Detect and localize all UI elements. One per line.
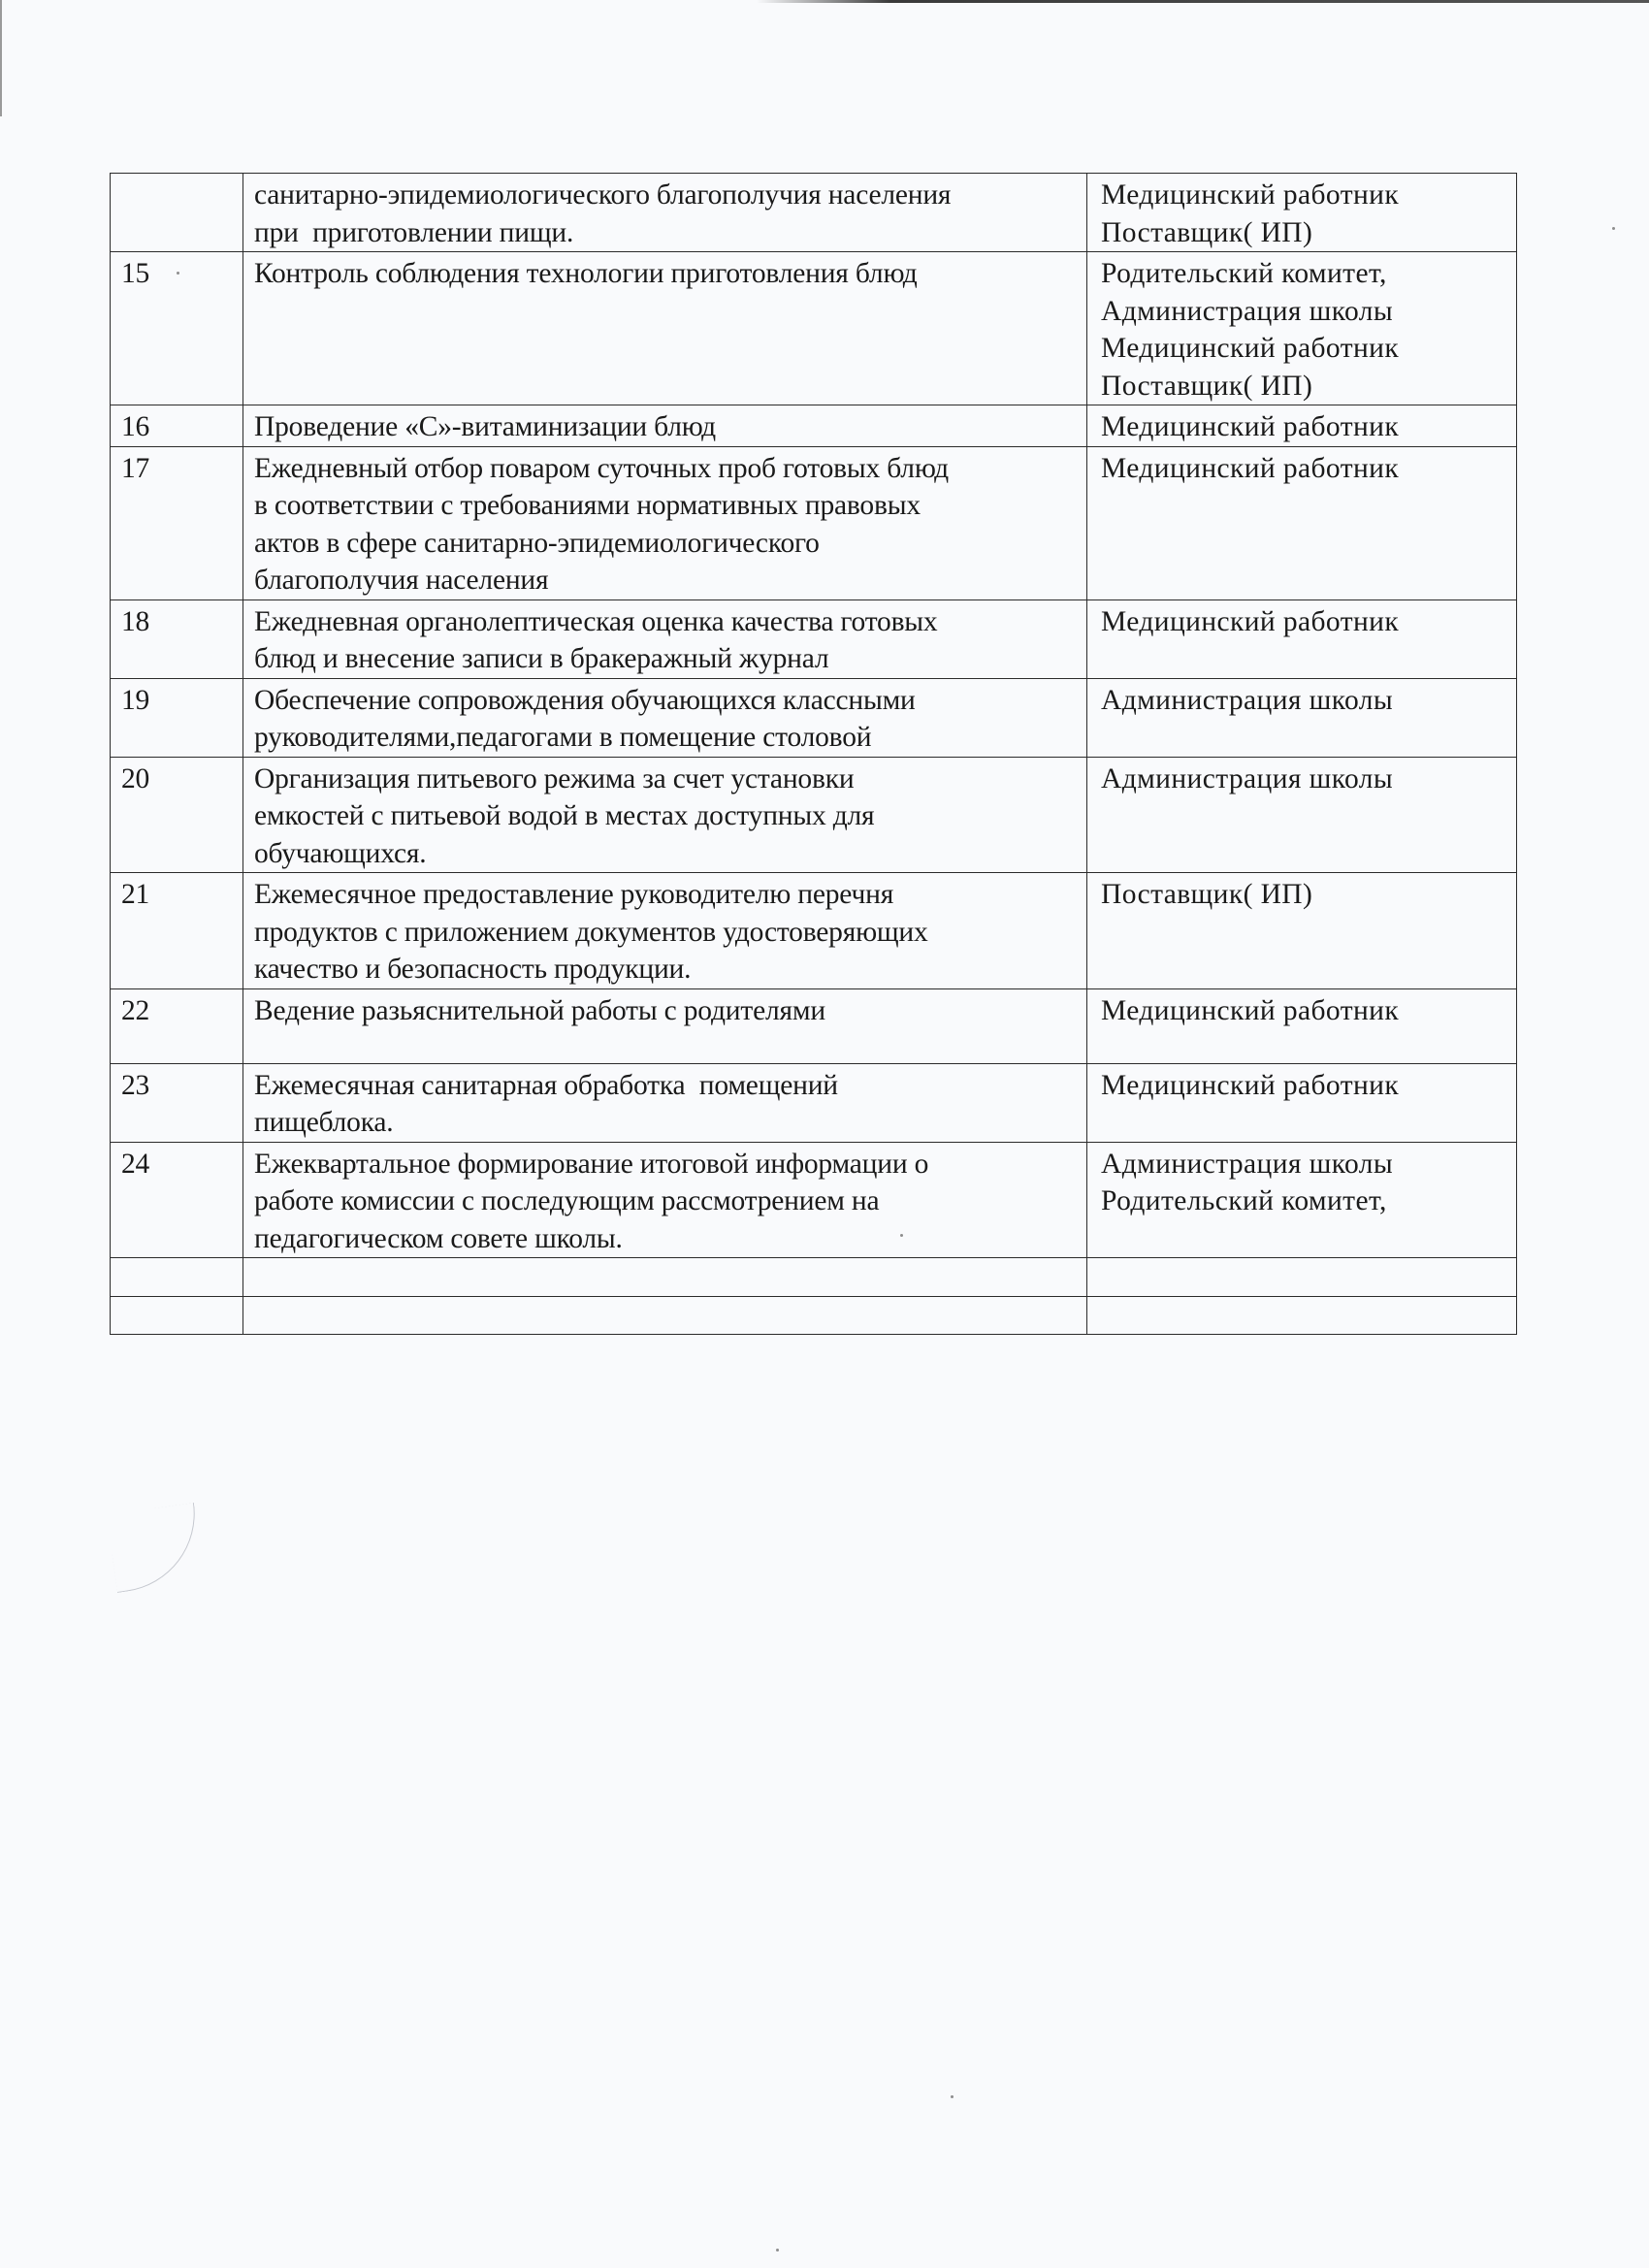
activity-cell: Ежемесячная санитарная обработка помещен… — [243, 1063, 1087, 1142]
responsible-cell — [1087, 1297, 1517, 1335]
scan-speck — [951, 2095, 954, 2098]
table-row: 24 Ежеквартальное формирование итоговой … — [111, 1142, 1517, 1258]
table-row: 15 Контроль соблюдения технологии пригот… — [111, 252, 1517, 405]
responsible-party: Родительский комитет, — [1101, 255, 1516, 293]
activity-cell: Ведение разьяснительной работы с родител… — [243, 988, 1087, 1063]
activity-cell: Проведение «С»-витаминизации блюд — [243, 405, 1087, 447]
table-row: 16 Проведение «С»-витаминизации блюд Мед… — [111, 405, 1517, 447]
table-row: 18 Ежедневная органолептическая оценка к… — [111, 599, 1517, 678]
table-row-empty — [111, 1297, 1517, 1335]
responsible-party: Медицинский работник — [1101, 177, 1516, 214]
activity-cell: Ежеквартальное формирование итоговой инф… — [243, 1142, 1087, 1258]
responsible-cell — [1087, 1258, 1517, 1297]
activity-text: Ежеквартальное формирование итоговой инф… — [254, 1149, 928, 1254]
activity-text: Ведение разьяснительной работы с родител… — [254, 995, 825, 1026]
responsible-cell: Медицинский работник — [1087, 988, 1517, 1063]
activity-cell: Контроль соблюдения технологии приготовл… — [243, 252, 1087, 405]
row-number: 17 — [111, 446, 243, 599]
responsible-party: Медицинский работник — [1101, 992, 1516, 1030]
row-number: 18 — [111, 599, 243, 678]
responsible-party: Медицинский работник — [1101, 408, 1516, 446]
row-number: 24 — [111, 1142, 243, 1258]
activity-text: Организация питьевого режима за счет уст… — [254, 763, 874, 869]
responsible-cell: Администрация школы Родительский комитет… — [1087, 1142, 1517, 1258]
table-row: 19 Обеспечение сопровождения обучающихся… — [111, 678, 1517, 757]
responsible-party: Администрация школы — [1101, 761, 1516, 798]
responsible-party: Поставщик( ИП) — [1101, 214, 1516, 252]
row-number: 20 — [111, 757, 243, 873]
activity-text: Обеспечение сопровождения обучающихся кл… — [254, 685, 916, 754]
activity-text: Ежедневный отбор поваром суточных проб г… — [254, 453, 949, 597]
activity-cell — [243, 1258, 1087, 1297]
table-body: санитарно-эпидемиологического благополуч… — [111, 174, 1517, 1335]
row-number — [111, 174, 243, 252]
scan-speck — [177, 272, 179, 275]
activity-cell: Организация питьевого режима за счет уст… — [243, 757, 1087, 873]
table-row-empty — [111, 1258, 1517, 1297]
responsible-party: Медицинский работник — [1101, 450, 1516, 488]
table-row: 17 Ежедневный отбор поваром суточных про… — [111, 446, 1517, 599]
row-number — [111, 1297, 243, 1335]
activity-text: Контроль соблюдения технологии приготовл… — [254, 258, 918, 289]
scan-speck — [900, 1234, 903, 1237]
responsible-party: Поставщик( ИП) — [1101, 368, 1516, 405]
responsible-cell: Администрация школы — [1087, 757, 1517, 873]
responsible-party: Администрация школы — [1101, 293, 1516, 331]
responsible-cell: Медицинский работник — [1087, 599, 1517, 678]
table-row: 22 Ведение разьяснительной работы с роди… — [111, 988, 1517, 1063]
activity-text: Ежедневная органолептическая оценка каче… — [254, 606, 937, 675]
table-row: 21 Ежемесячное предоставление руководите… — [111, 873, 1517, 989]
row-number: 19 — [111, 678, 243, 757]
responsible-cell: Поставщик( ИП) — [1087, 873, 1517, 989]
responsible-cell: Медицинский работник — [1087, 1063, 1517, 1142]
scan-artifact-arc — [107, 1503, 205, 1593]
activity-text: Проведение «С»-витаминизации блюд — [254, 411, 716, 442]
row-number — [111, 1258, 243, 1297]
table-row: санитарно-эпидемиологического благополуч… — [111, 174, 1517, 252]
activity-cell: Ежедневная органолептическая оценка каче… — [243, 599, 1087, 678]
activity-cell: Ежедневный отбор поваром суточных проб г… — [243, 446, 1087, 599]
responsible-party: Медицинский работник — [1101, 603, 1516, 641]
responsible-party: Поставщик( ИП) — [1101, 876, 1516, 914]
responsible-party: Родительский комитет, — [1101, 1183, 1516, 1220]
responsible-party: Администрация школы — [1101, 1146, 1516, 1183]
scan-speck — [1612, 227, 1615, 230]
responsible-cell: Медицинский работник Поставщик( ИП) — [1087, 174, 1517, 252]
activity-text: санитарно-эпидемиологического благополуч… — [254, 179, 951, 248]
activity-cell: Ежемесячное предоставление руководителю … — [243, 873, 1087, 989]
scan-edge-left — [0, 0, 2, 116]
row-number: 22 — [111, 988, 243, 1063]
table-row: 23 Ежемесячная санитарная обработка поме… — [111, 1063, 1517, 1142]
table-row: 20 Организация питьевого режима за счет … — [111, 757, 1517, 873]
row-number: 23 — [111, 1063, 243, 1142]
activity-text: Ежемесячное предоставление руководителю … — [254, 879, 928, 985]
responsible-party: Медицинский работник — [1101, 330, 1516, 368]
responsible-cell: Медицинский работник — [1087, 446, 1517, 599]
scan-edge-top — [757, 0, 1649, 3]
activity-text: Ежемесячная санитарная обработка помещен… — [254, 1070, 838, 1139]
row-number: 21 — [111, 873, 243, 989]
responsible-party: Администрация школы — [1101, 682, 1516, 720]
activity-cell: санитарно-эпидемиологического благополуч… — [243, 174, 1087, 252]
row-number: 15 — [111, 252, 243, 405]
responsible-cell: Родительский комитет, Администрация школ… — [1087, 252, 1517, 405]
activity-cell — [243, 1297, 1087, 1335]
row-number: 16 — [111, 405, 243, 447]
activity-cell: Обеспечение сопровождения обучающихся кл… — [243, 678, 1087, 757]
responsible-cell: Медицинский работник — [1087, 405, 1517, 447]
responsible-cell: Администрация школы — [1087, 678, 1517, 757]
responsible-party: Медицинский работник — [1101, 1067, 1516, 1105]
activities-table: санитарно-эпидемиологического благополуч… — [110, 173, 1517, 1335]
scan-speck — [776, 2249, 779, 2252]
